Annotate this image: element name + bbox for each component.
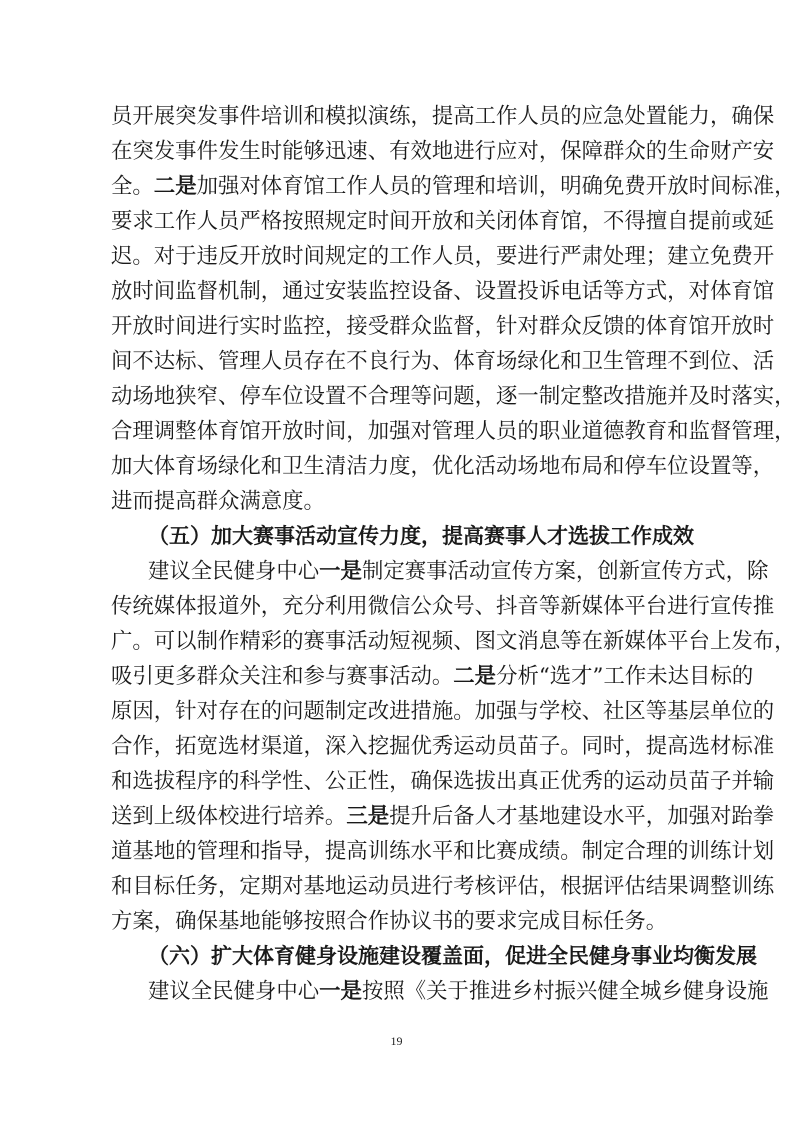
text-run: 原因，针对存在的问题制定改进措施。加强与学校、社区等基层单位的: [111, 699, 774, 724]
text-run: 合理调整体育馆开放时间，加强对管理人员的职业道德教育和监督管理，: [111, 419, 793, 444]
paragraph-line: 全。二是加强对体育馆工作人员的管理和培训，明确免费开放时间标准，: [111, 169, 687, 204]
text-run: 方案，确保基地能够按照合作协议书的要求完成目标任务。: [111, 909, 667, 934]
text-run: 全。: [111, 174, 154, 199]
paragraph-line: 进而提高群众满意度。: [111, 484, 687, 519]
paragraph-line: 原因，针对存在的问题制定改进措施。加强与学校、社区等基层单位的: [111, 694, 687, 729]
paragraph-line: 送到上级体校进行培养。三是提升后备人才基地建设水平，加强对跆拳: [111, 799, 687, 834]
paragraph-line: 放时间监督机制，通过安装监控设备、设置投诉电话等方式，对体育馆: [111, 274, 687, 309]
paragraph-line: 和选拔程序的科学性、公正性，确保选拔出真正优秀的运动员苗子并输: [111, 764, 687, 799]
text-run: 员开展突发事件培训和模拟演练，提高工作人员的应急处置能力，确保: [111, 104, 774, 129]
text-run: 吸引更多群众关注和参与赛事活动。: [111, 664, 453, 689]
paragraph-line: 开放时间进行实时监控，接受群众监督，针对群众反馈的体育馆开放时: [111, 309, 687, 344]
emphasis-run: 一是: [319, 979, 362, 1004]
paragraph-line: 合理调整体育馆开放时间，加强对管理人员的职业道德教育和监督管理，: [111, 414, 687, 449]
emphasis-run: 二是: [154, 174, 197, 199]
paragraph-line: 方案，确保基地能够按照合作协议书的要求完成目标任务。: [111, 904, 687, 939]
paragraph-line: 道基地的管理和指导，提高训练水平和比赛成绩。制定合理的训练计划: [111, 834, 687, 869]
text-run: 在突发事件发生时能够迅速、有效地进行应对，保障群众的生命财产安: [111, 139, 774, 164]
text-run: 建议全民健身中心: [148, 979, 319, 1004]
text-run: 迟。对于违反开放时间规定的工作人员，要进行严肃处理；建立免费开: [111, 244, 774, 269]
paragraph-line: 迟。对于违反开放时间规定的工作人员，要进行严肃处理；建立免费开: [111, 239, 687, 274]
text-run: 提升后备人才基地建设水平，加强对跆拳: [389, 804, 774, 829]
body-text: 员开展突发事件培训和模拟演练，提高工作人员的应急处置能力，确保 在突发事件发生时…: [111, 99, 687, 1009]
emphasis-run: 三是: [346, 804, 389, 829]
paragraph-line: 在突发事件发生时能够迅速、有效地进行应对，保障群众的生命财产安: [111, 134, 687, 169]
text-run: 分析“选才”工作未达目标的: [496, 664, 753, 689]
text-run: 开放时间进行实时监控，接受群众监督，针对群众反馈的体育馆开放时: [111, 314, 774, 339]
emphasis-run: 一是: [319, 559, 362, 584]
text-run: 和目标任务，定期对基地运动员进行考核评估，根据评估结果调整训练: [111, 874, 774, 899]
paragraph-line: 广。可以制作精彩的赛事活动短视频、图文消息等在新媒体平台上发布，: [111, 624, 687, 659]
paragraph-line: 动场地狭窄、停车位设置不合理等问题，逐一制定整改措施并及时落实，: [111, 379, 687, 414]
paragraph-line: 要求工作人员严格按照规定时间开放和关闭体育馆，不得擅自提前或延: [111, 204, 687, 239]
document-page: 员开展突发事件培训和模拟演练，提高工作人员的应急处置能力，确保 在突发事件发生时…: [0, 0, 793, 1121]
section-heading-6: （六）扩大体育健身设施建设覆盖面，促进全民健身事业均衡发展: [111, 939, 687, 974]
text-run: 合作，拓宽选材渠道，深入挖掘优秀运动员苗子。同时，提高选材标准: [111, 734, 774, 759]
text-run: 传统媒体报道外，充分利用微信公众号、抖音等新媒体平台进行宣传推: [111, 594, 774, 619]
paragraph-line: 间不达标、管理人员存在不良行为、体育场绿化和卫生管理不到位、活: [111, 344, 687, 379]
paragraph-line: 员开展突发事件培训和模拟演练，提高工作人员的应急处置能力，确保: [111, 99, 687, 134]
paragraph-line: 建议全民健身中心一是按照《关于推进乡村振兴健全城乡健身设施: [111, 974, 687, 1009]
paragraph-line: 传统媒体报道外，充分利用微信公众号、抖音等新媒体平台进行宣传推: [111, 589, 687, 624]
text-run: 按照《关于推进乡村振兴健全城乡健身设施: [362, 979, 768, 1004]
heading-text: （六）扩大体育健身设施建设覆盖面，促进全民健身事业均衡发展: [148, 944, 757, 968]
section-heading-5: （五）加大赛事活动宣传力度，提高赛事人才选拔工作成效: [111, 519, 687, 554]
text-run: 进而提高群众满意度。: [111, 489, 325, 514]
text-run: 和选拔程序的科学性、公正性，确保选拔出真正优秀的运动员苗子并输: [111, 769, 774, 794]
paragraph-line: 合作，拓宽选材渠道，深入挖掘优秀运动员苗子。同时，提高选材标准: [111, 729, 687, 764]
text-run: 加强对体育馆工作人员的管理和培训，明确免费开放时间标准，: [197, 174, 793, 199]
text-run: 间不达标、管理人员存在不良行为、体育场绿化和卫生管理不到位、活: [111, 349, 774, 374]
page-number: 19: [0, 1034, 793, 1049]
text-run: 送到上级体校进行培养。: [111, 804, 346, 829]
text-run: 道基地的管理和指导，提高训练水平和比赛成绩。制定合理的训练计划: [111, 839, 774, 864]
text-run: 广。可以制作精彩的赛事活动短视频、图文消息等在新媒体平台上发布，: [111, 629, 793, 654]
text-run: 加大体育场绿化和卫生清洁力度，优化活动场地布局和停车位设置等，: [111, 454, 774, 479]
text-run: 要求工作人员严格按照规定时间开放和关闭体育馆，不得擅自提前或延: [111, 209, 774, 234]
paragraph-line: 加大体育场绿化和卫生清洁力度，优化活动场地布局和停车位设置等，: [111, 449, 687, 484]
emphasis-run: 二是: [453, 664, 496, 689]
text-run: 放时间监督机制，通过安装监控设备、设置投诉电话等方式，对体育馆: [111, 279, 774, 304]
paragraph-line: 和目标任务，定期对基地运动员进行考核评估，根据评估结果调整训练: [111, 869, 687, 904]
heading-text: （五）加大赛事活动宣传力度，提高赛事人才选拔工作成效: [148, 524, 694, 548]
paragraph-line: 吸引更多群众关注和参与赛事活动。二是分析“选才”工作未达目标的: [111, 659, 687, 694]
text-run: 动场地狭窄、停车位设置不合理等问题，逐一制定整改措施并及时落实，: [111, 384, 793, 409]
text-run: 制定赛事活动宣传方案，创新宣传方式，除: [362, 559, 768, 584]
text-run: 建议全民健身中心: [148, 559, 319, 584]
paragraph-line: 建议全民健身中心一是制定赛事活动宣传方案，创新宣传方式，除: [111, 554, 687, 589]
